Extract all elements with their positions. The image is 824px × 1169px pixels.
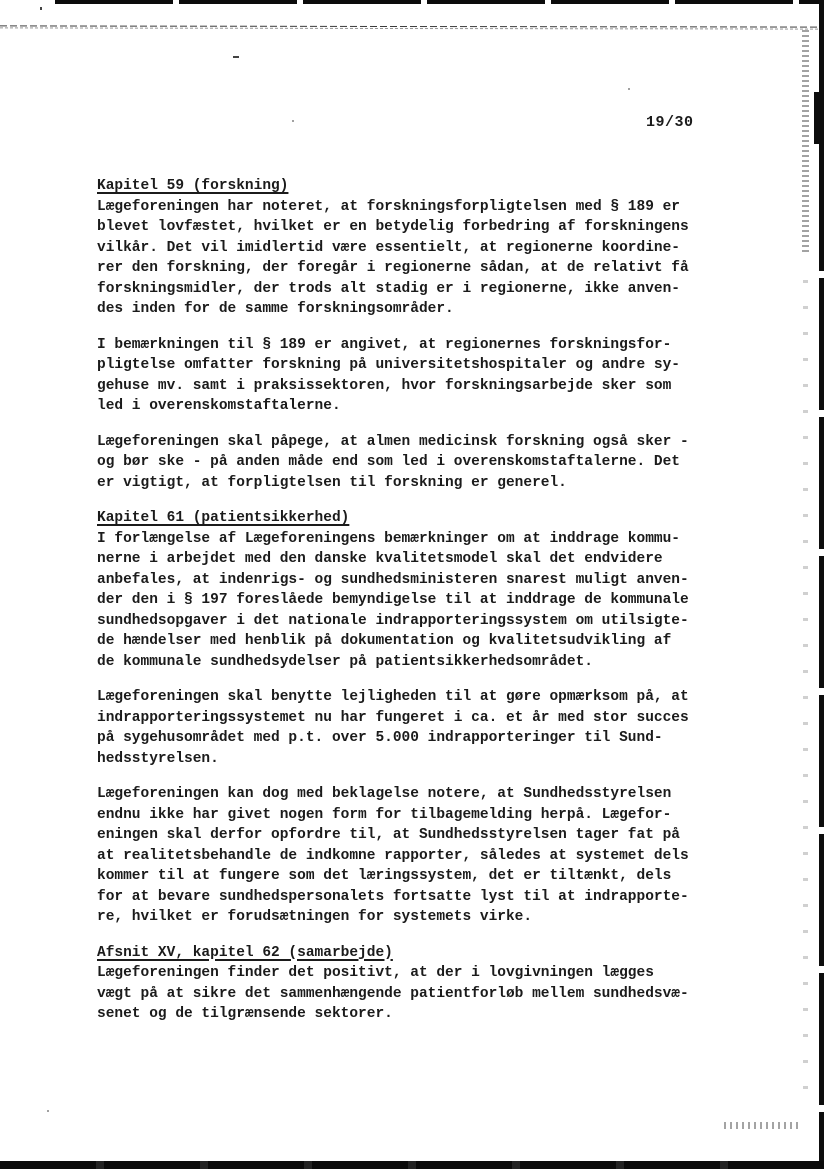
section-kapitel-61-patientsikkerhed: Kapitel 61 (patientsikkerhed) I forlænge… xyxy=(97,508,745,928)
scan-artifact-bottom-right-noise xyxy=(724,1122,802,1129)
paragraph: Lægeforeningen skal påpege, at almen med… xyxy=(97,432,745,494)
paragraph: I bemærkningen til § 189 er angivet, at … xyxy=(97,335,745,417)
document-content: Kapitel 59 (forskning) Lægeforeningen ha… xyxy=(97,176,745,1040)
scan-artifact-right-noise-top xyxy=(802,30,809,255)
scan-speck xyxy=(292,120,294,122)
scan-artifact-right-edge-blob xyxy=(814,92,824,144)
page-number: 19/30 xyxy=(646,114,694,131)
paragraph: Lægeforeningen skal benytte lejligheden … xyxy=(97,687,745,769)
scan-speck xyxy=(47,1110,49,1112)
paragraph: Lægeforeningen kan dog med beklagelse no… xyxy=(97,784,745,928)
scan-speck xyxy=(628,88,630,90)
section-afsnit-xv-kapitel-62-samarbejde: Afsnit XV, kapitel 62 (samarbejde) Lægef… xyxy=(97,943,745,1025)
scan-artifact-right-edge-bar xyxy=(819,0,824,1169)
paragraph: Lægeforeningen har noteret, at forskning… xyxy=(97,197,745,320)
paragraph: I forlængelse af Lægeforeningens bemærkn… xyxy=(97,529,745,673)
scan-artifact-bottom-bar xyxy=(0,1161,824,1169)
scan-artifact-top-scratch-line xyxy=(0,25,824,29)
document-page: 19/30 Kapitel 59 (forskning) Lægeforenin… xyxy=(0,0,824,1169)
scan-artifact-top-bar xyxy=(55,0,824,4)
section-heading: Afsnit XV, kapitel 62 (samarbejde) xyxy=(97,943,745,964)
scan-speck xyxy=(233,56,239,58)
section-heading: Kapitel 61 (patientsikkerhed) xyxy=(97,508,745,529)
section-heading: Kapitel 59 (forskning) xyxy=(97,176,745,197)
paragraph: Lægeforeningen finder det positivt, at d… xyxy=(97,963,745,1025)
scan-artifact-right-noise-bottom xyxy=(803,280,808,1110)
section-kapitel-59-forskning: Kapitel 59 (forskning) Lægeforeningen ha… xyxy=(97,176,745,493)
scan-speck xyxy=(40,7,42,10)
